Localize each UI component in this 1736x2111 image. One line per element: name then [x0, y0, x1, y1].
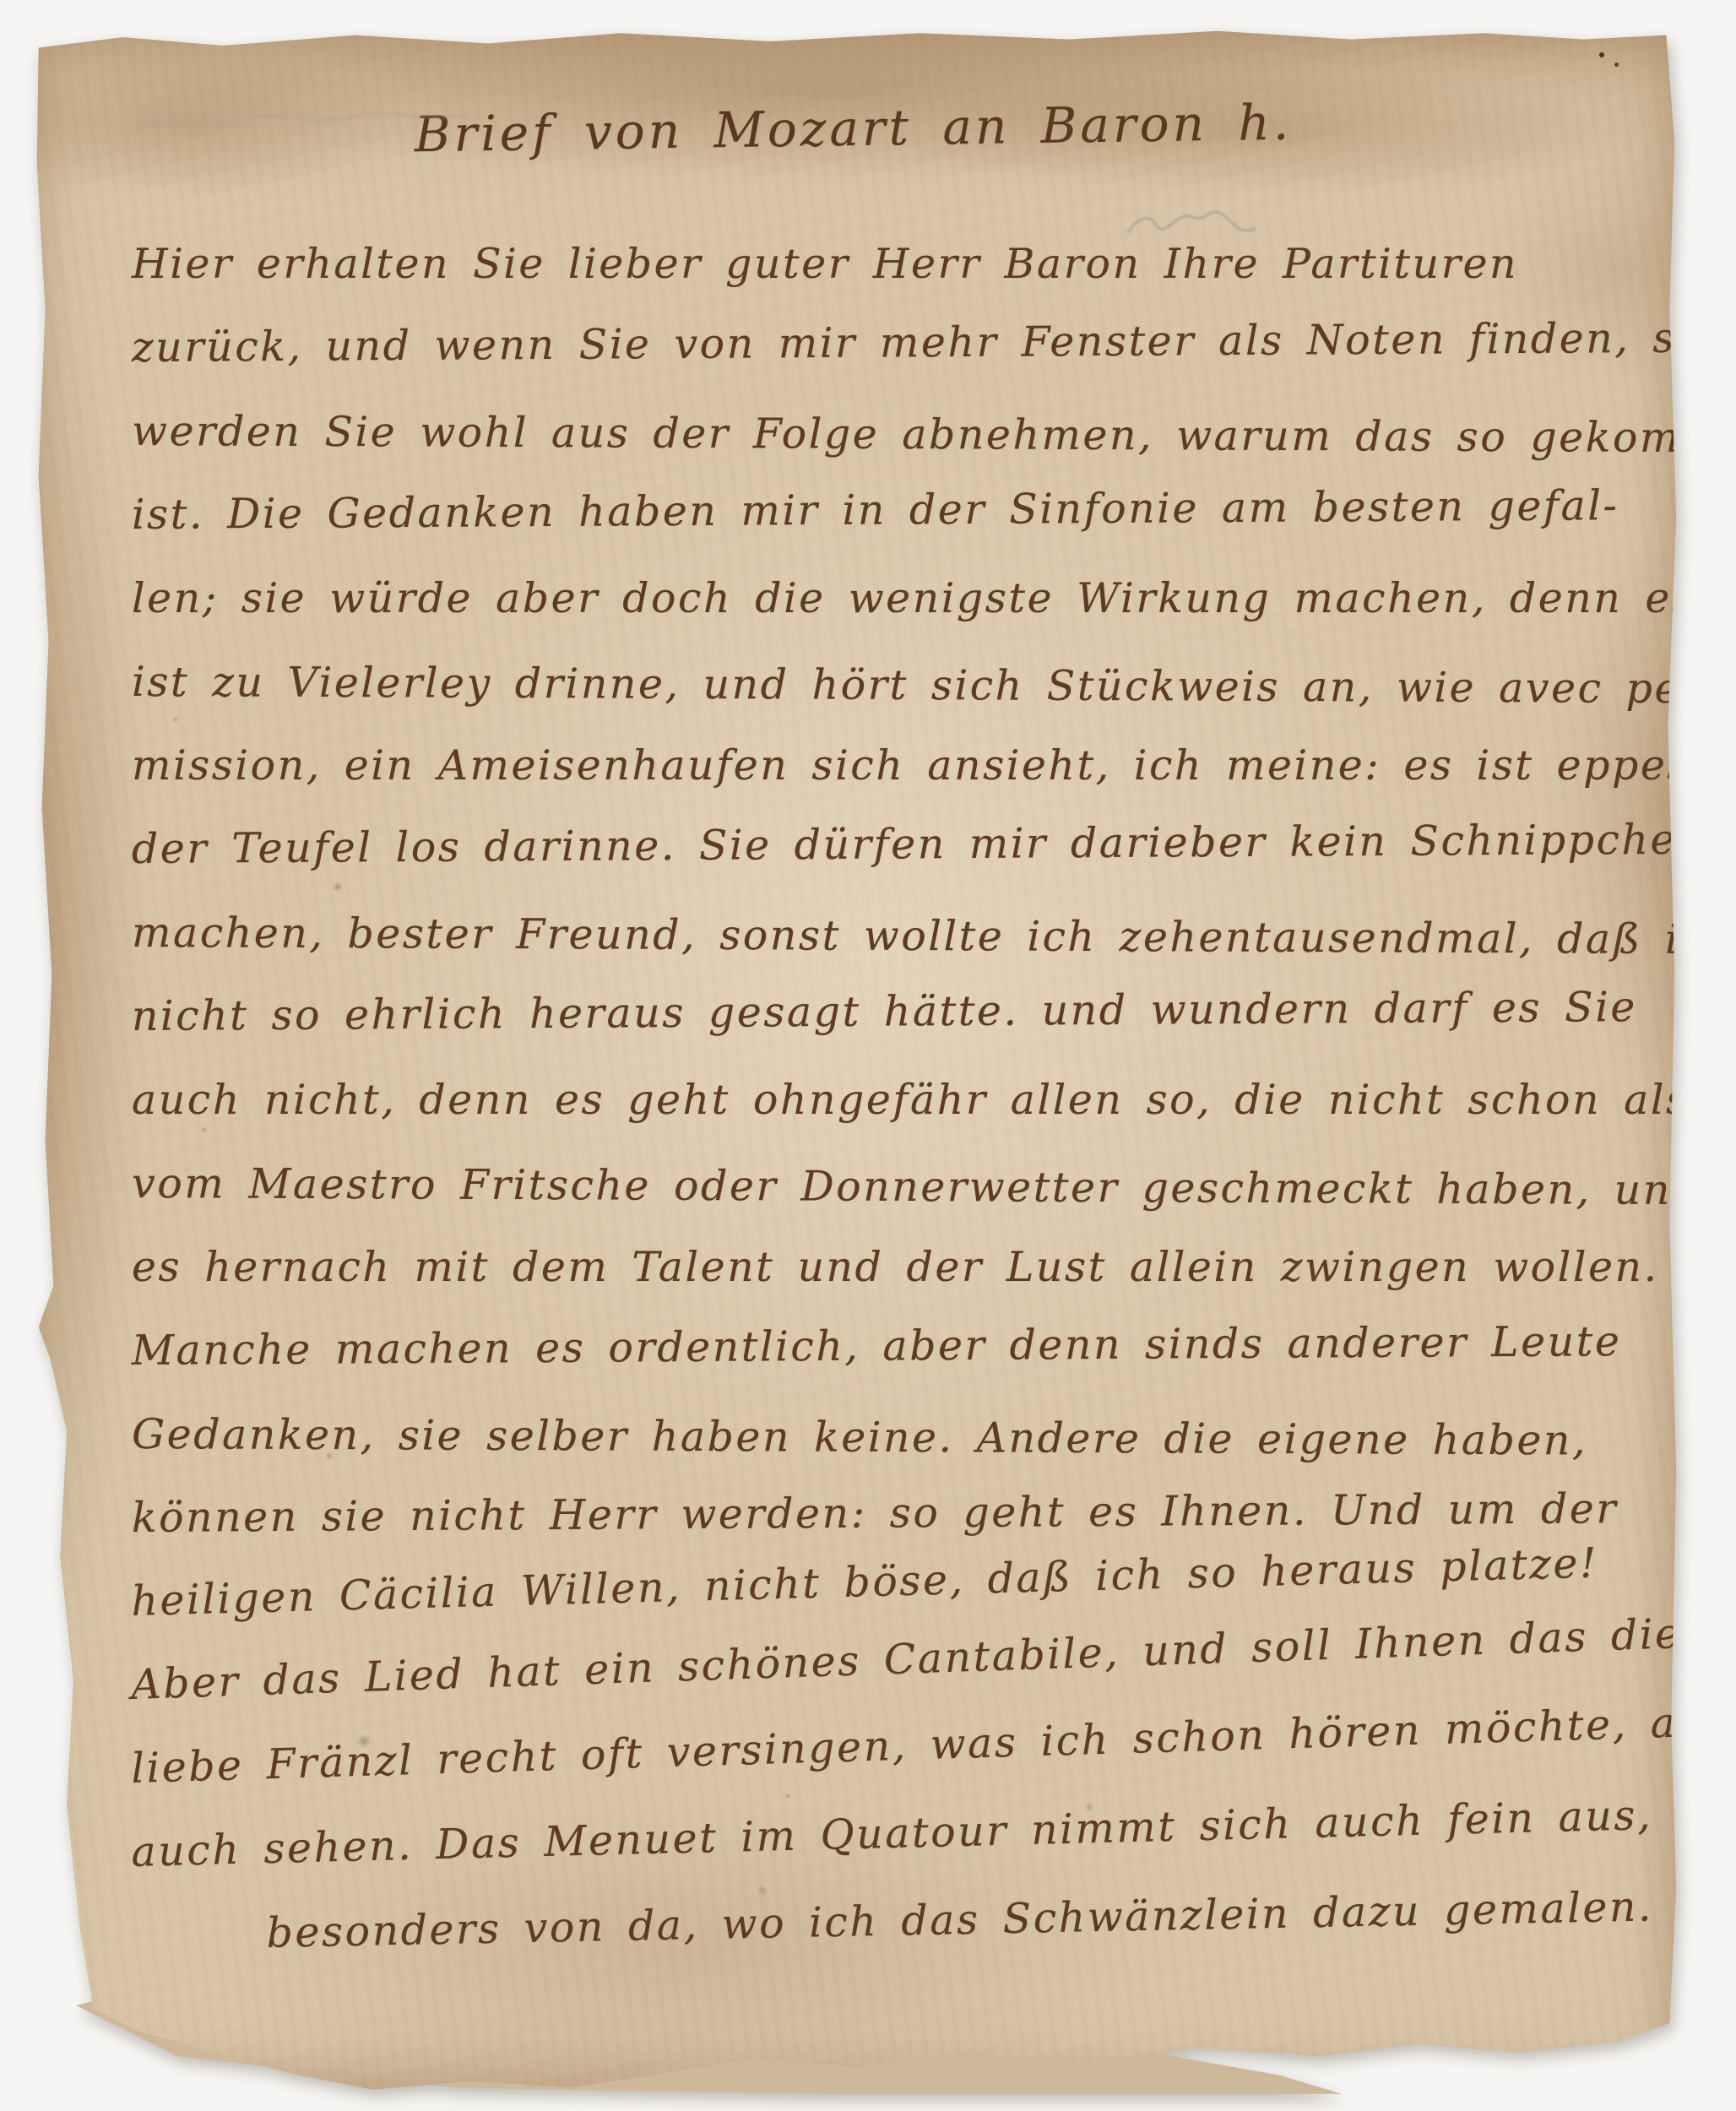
- letter-body: Hier erhalten Sie lieber guter Herr Baro…: [132, 240, 1662, 1995]
- letter-line: Manche machen es ordentlich, aber denn s…: [132, 1317, 1663, 1410]
- letter-line: liebe Fränzl recht oft versingen, was ic…: [131, 1699, 1663, 1828]
- pencil-scribble: [133, 96, 471, 147]
- letter-line: heiligen Cäcilia Willen, nicht böse, daß…: [131, 1538, 1663, 1661]
- letter-line: der Teufel los darinne. Sie dürfen mir d…: [132, 816, 1663, 909]
- scanned-manuscript: Brief von Mozart an Baron h. Hier erhalt…: [0, 0, 1736, 2111]
- letter-line: können sie nicht Herr werden: so geht es…: [132, 1484, 1663, 1577]
- letter-line: besonders von da, wo ich das Schwänzlein…: [131, 1882, 1663, 1995]
- letter-line: ist. Die Gedanken haben mir in der Sinfo…: [132, 481, 1663, 574]
- letter-line: ist zu Vielerley drinne, und hört sich S…: [132, 658, 1662, 748]
- pencil-annotation-mark: [1121, 192, 1265, 251]
- letter-line: zurück, und wenn Sie von mir mehr Fenste…: [132, 314, 1663, 407]
- letter-line: werden Sie wohl aus der Folge abnehmen, …: [132, 407, 1662, 497]
- letter-line: vom Maestro Fritsche oder Donnerwetter g…: [132, 1159, 1662, 1250]
- ink-dots: [1596, 51, 1630, 76]
- paper-shadow-wrap: Brief von Mozart an Baron h. Hier erhalt…: [0, 0, 1736, 2111]
- letter-line: nicht so ehrlich heraus gesagt hätte. un…: [132, 983, 1663, 1076]
- letter-line: auch sehen. Das Menuet im Quatour nimmt …: [131, 1791, 1663, 1912]
- letter-title: Brief von Mozart an Baron h.: [24, 88, 1684, 168]
- letter-line: len; sie würde aber doch die wenigste Wi…: [132, 574, 1662, 658]
- letter-line: auch nicht, denn es geht ohngefähr allen…: [132, 1076, 1662, 1159]
- letter-line: Aber das Lied hat ein schönes Cantabile,…: [130, 1610, 1662, 1745]
- letter-line: machen, bester Freund, sonst wollte ich …: [132, 909, 1662, 999]
- letter-line: mission, ein Ameisenhaufen sich ansieht,…: [132, 741, 1662, 825]
- letter-line: Hier erhalten Sie lieber guter Herr Baro…: [132, 240, 1662, 323]
- letter-line: Gedanken, sie selber haben keine. Andere…: [132, 1410, 1662, 1500]
- manuscript-page: Brief von Mozart an Baron h. Hier erhalt…: [24, 19, 1683, 2096]
- letter-line: es hernach mit dem Talent und der Lust a…: [132, 1243, 1662, 1327]
